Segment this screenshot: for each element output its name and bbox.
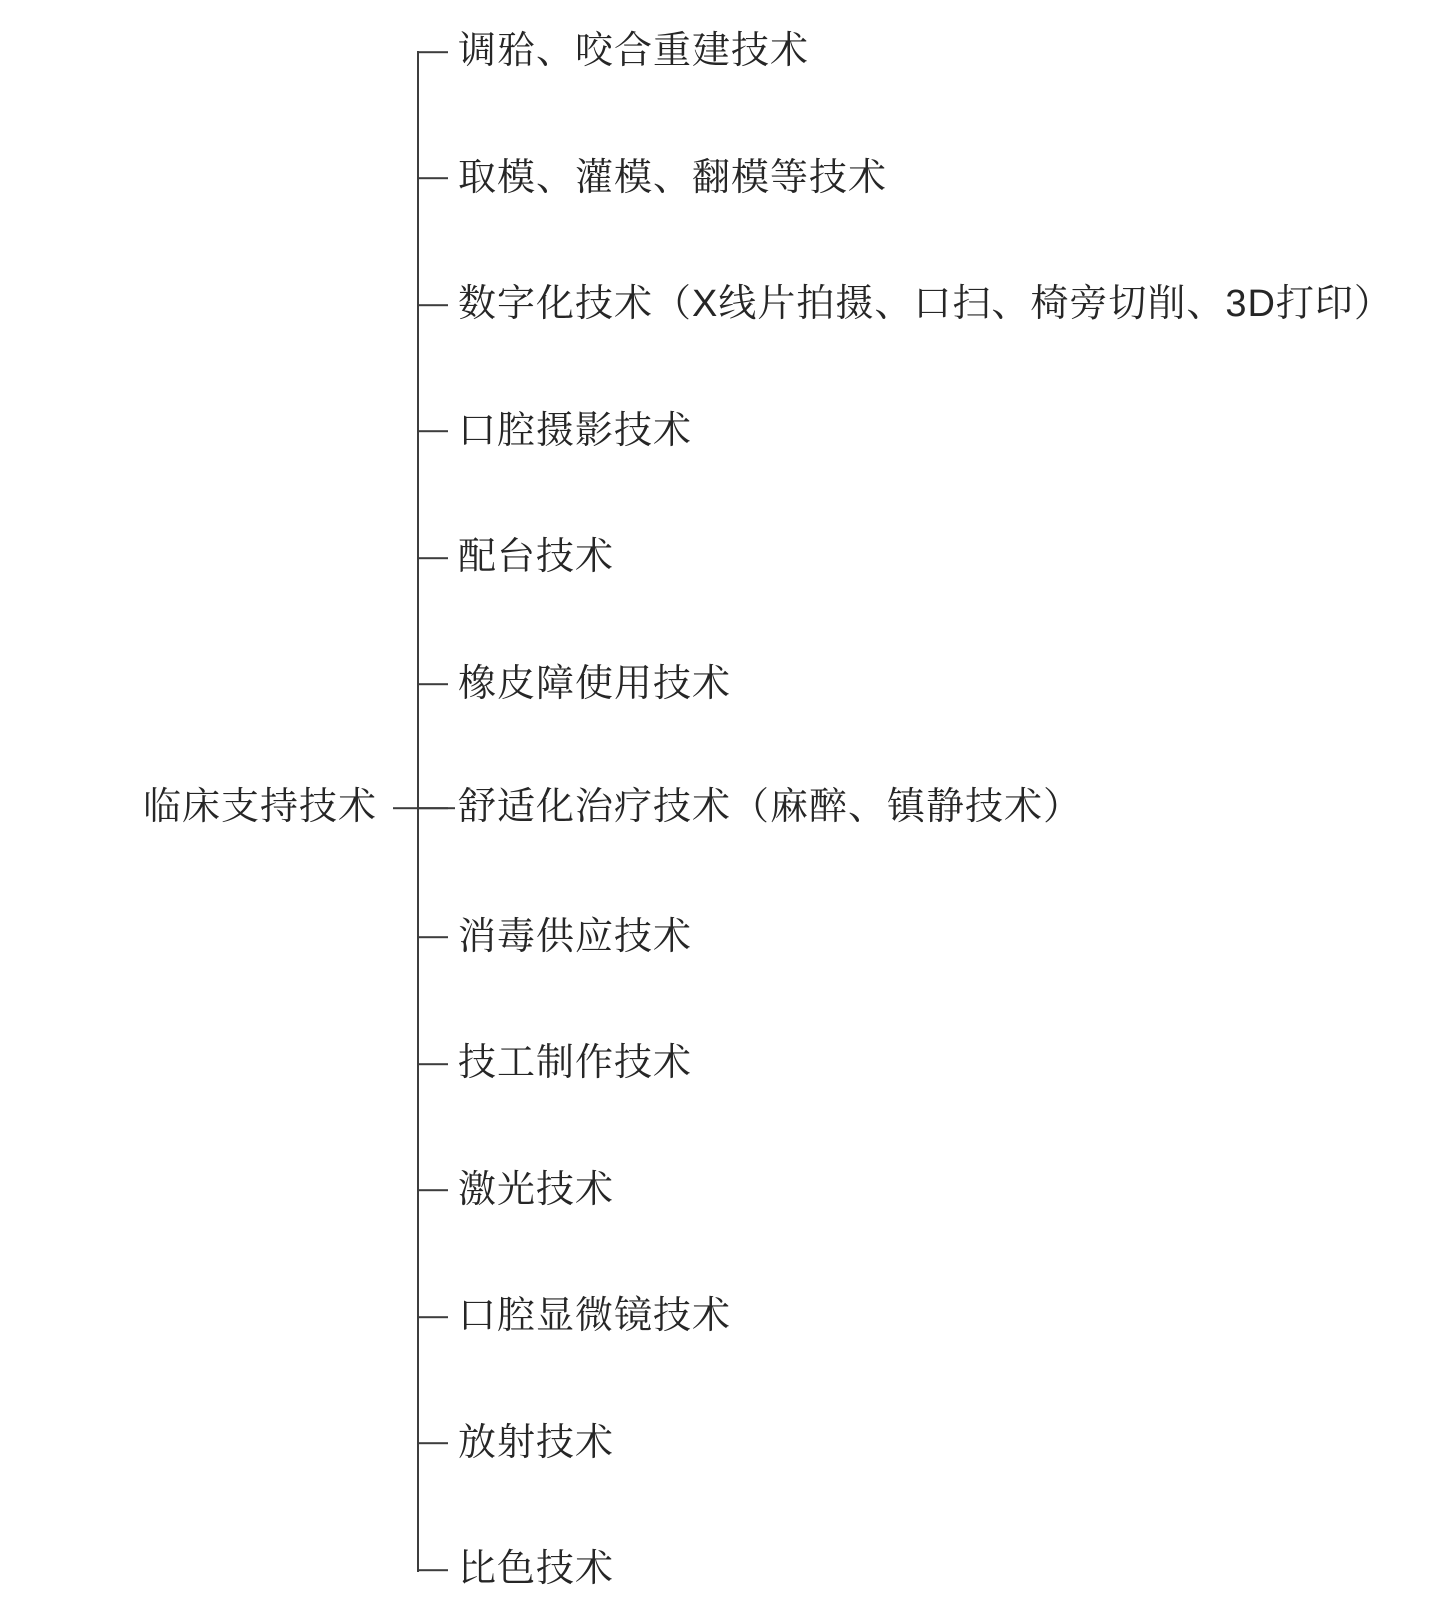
- root-label: 临床支持技术: [143, 785, 377, 831]
- branch-connector-line: [418, 1443, 448, 1445]
- tree-branch: 配台技术: [418, 535, 614, 581]
- branch-label: 技工制作技术: [458, 1041, 692, 1087]
- branch-label: 调𬌗、咬合重建技术: [458, 29, 809, 75]
- branch-label: 数字化技术（X线片拍摄、口扫、椅旁切削、3D打印）: [458, 282, 1393, 328]
- tree-branch: 橡皮障使用技术: [418, 662, 731, 708]
- branch-connector-line: [418, 1569, 448, 1571]
- tree-branch: 放射技术: [418, 1421, 614, 1467]
- branch-connector-line: [418, 1190, 448, 1192]
- branch-label: 口腔显微镜技术: [458, 1294, 731, 1340]
- branch-label: 取模、灌模、翻模等技术: [458, 156, 887, 202]
- branch-label: 口腔摄影技术: [458, 409, 692, 455]
- tree-branch: 舒适化治疗技术（麻醉、镇静技术）: [418, 785, 1082, 831]
- branch-label: 比色技术: [458, 1547, 614, 1593]
- branch-label: 放射技术: [458, 1421, 614, 1467]
- branch-connector-line: [418, 684, 448, 686]
- branch-connector-line: [418, 807, 448, 809]
- branch-connector-line: [418, 51, 448, 53]
- branch-connector-line: [418, 1316, 448, 1318]
- tree-branch: 口腔摄影技术: [418, 409, 692, 455]
- tree-branch: 比色技术: [418, 1547, 614, 1593]
- branch-connector-line: [418, 1063, 448, 1065]
- tree-branch: 消毒供应技术: [418, 915, 692, 961]
- branch-label: 橡皮障使用技术: [458, 662, 731, 708]
- branch-connector-line: [418, 557, 448, 559]
- tree-branch: 口腔显微镜技术: [418, 1294, 731, 1340]
- tree-branch: 激光技术: [418, 1168, 614, 1214]
- branch-connector-line: [418, 178, 448, 180]
- tree-branch: 取模、灌模、翻模等技术: [418, 156, 887, 202]
- branch-connector-line: [418, 304, 448, 306]
- diagram-canvas: 临床支持技术 调𬌗、咬合重建技术 取模、灌模、翻模等技术 数字化技术（X线片拍摄…: [0, 0, 1438, 1604]
- branch-connector-line: [418, 937, 448, 939]
- tree-branch: 调𬌗、咬合重建技术: [418, 29, 809, 75]
- branch-label: 消毒供应技术: [458, 915, 692, 961]
- branch-label: 激光技术: [458, 1168, 614, 1214]
- tree-branch: 技工制作技术: [418, 1041, 692, 1087]
- tree-branch: 数字化技术（X线片拍摄、口扫、椅旁切削、3D打印）: [418, 282, 1393, 328]
- branch-connector-line: [418, 431, 448, 433]
- branch-label: 配台技术: [458, 535, 614, 581]
- root-node: 临床支持技术: [143, 785, 455, 831]
- branch-label: 舒适化治疗技术（麻醉、镇静技术）: [458, 785, 1082, 831]
